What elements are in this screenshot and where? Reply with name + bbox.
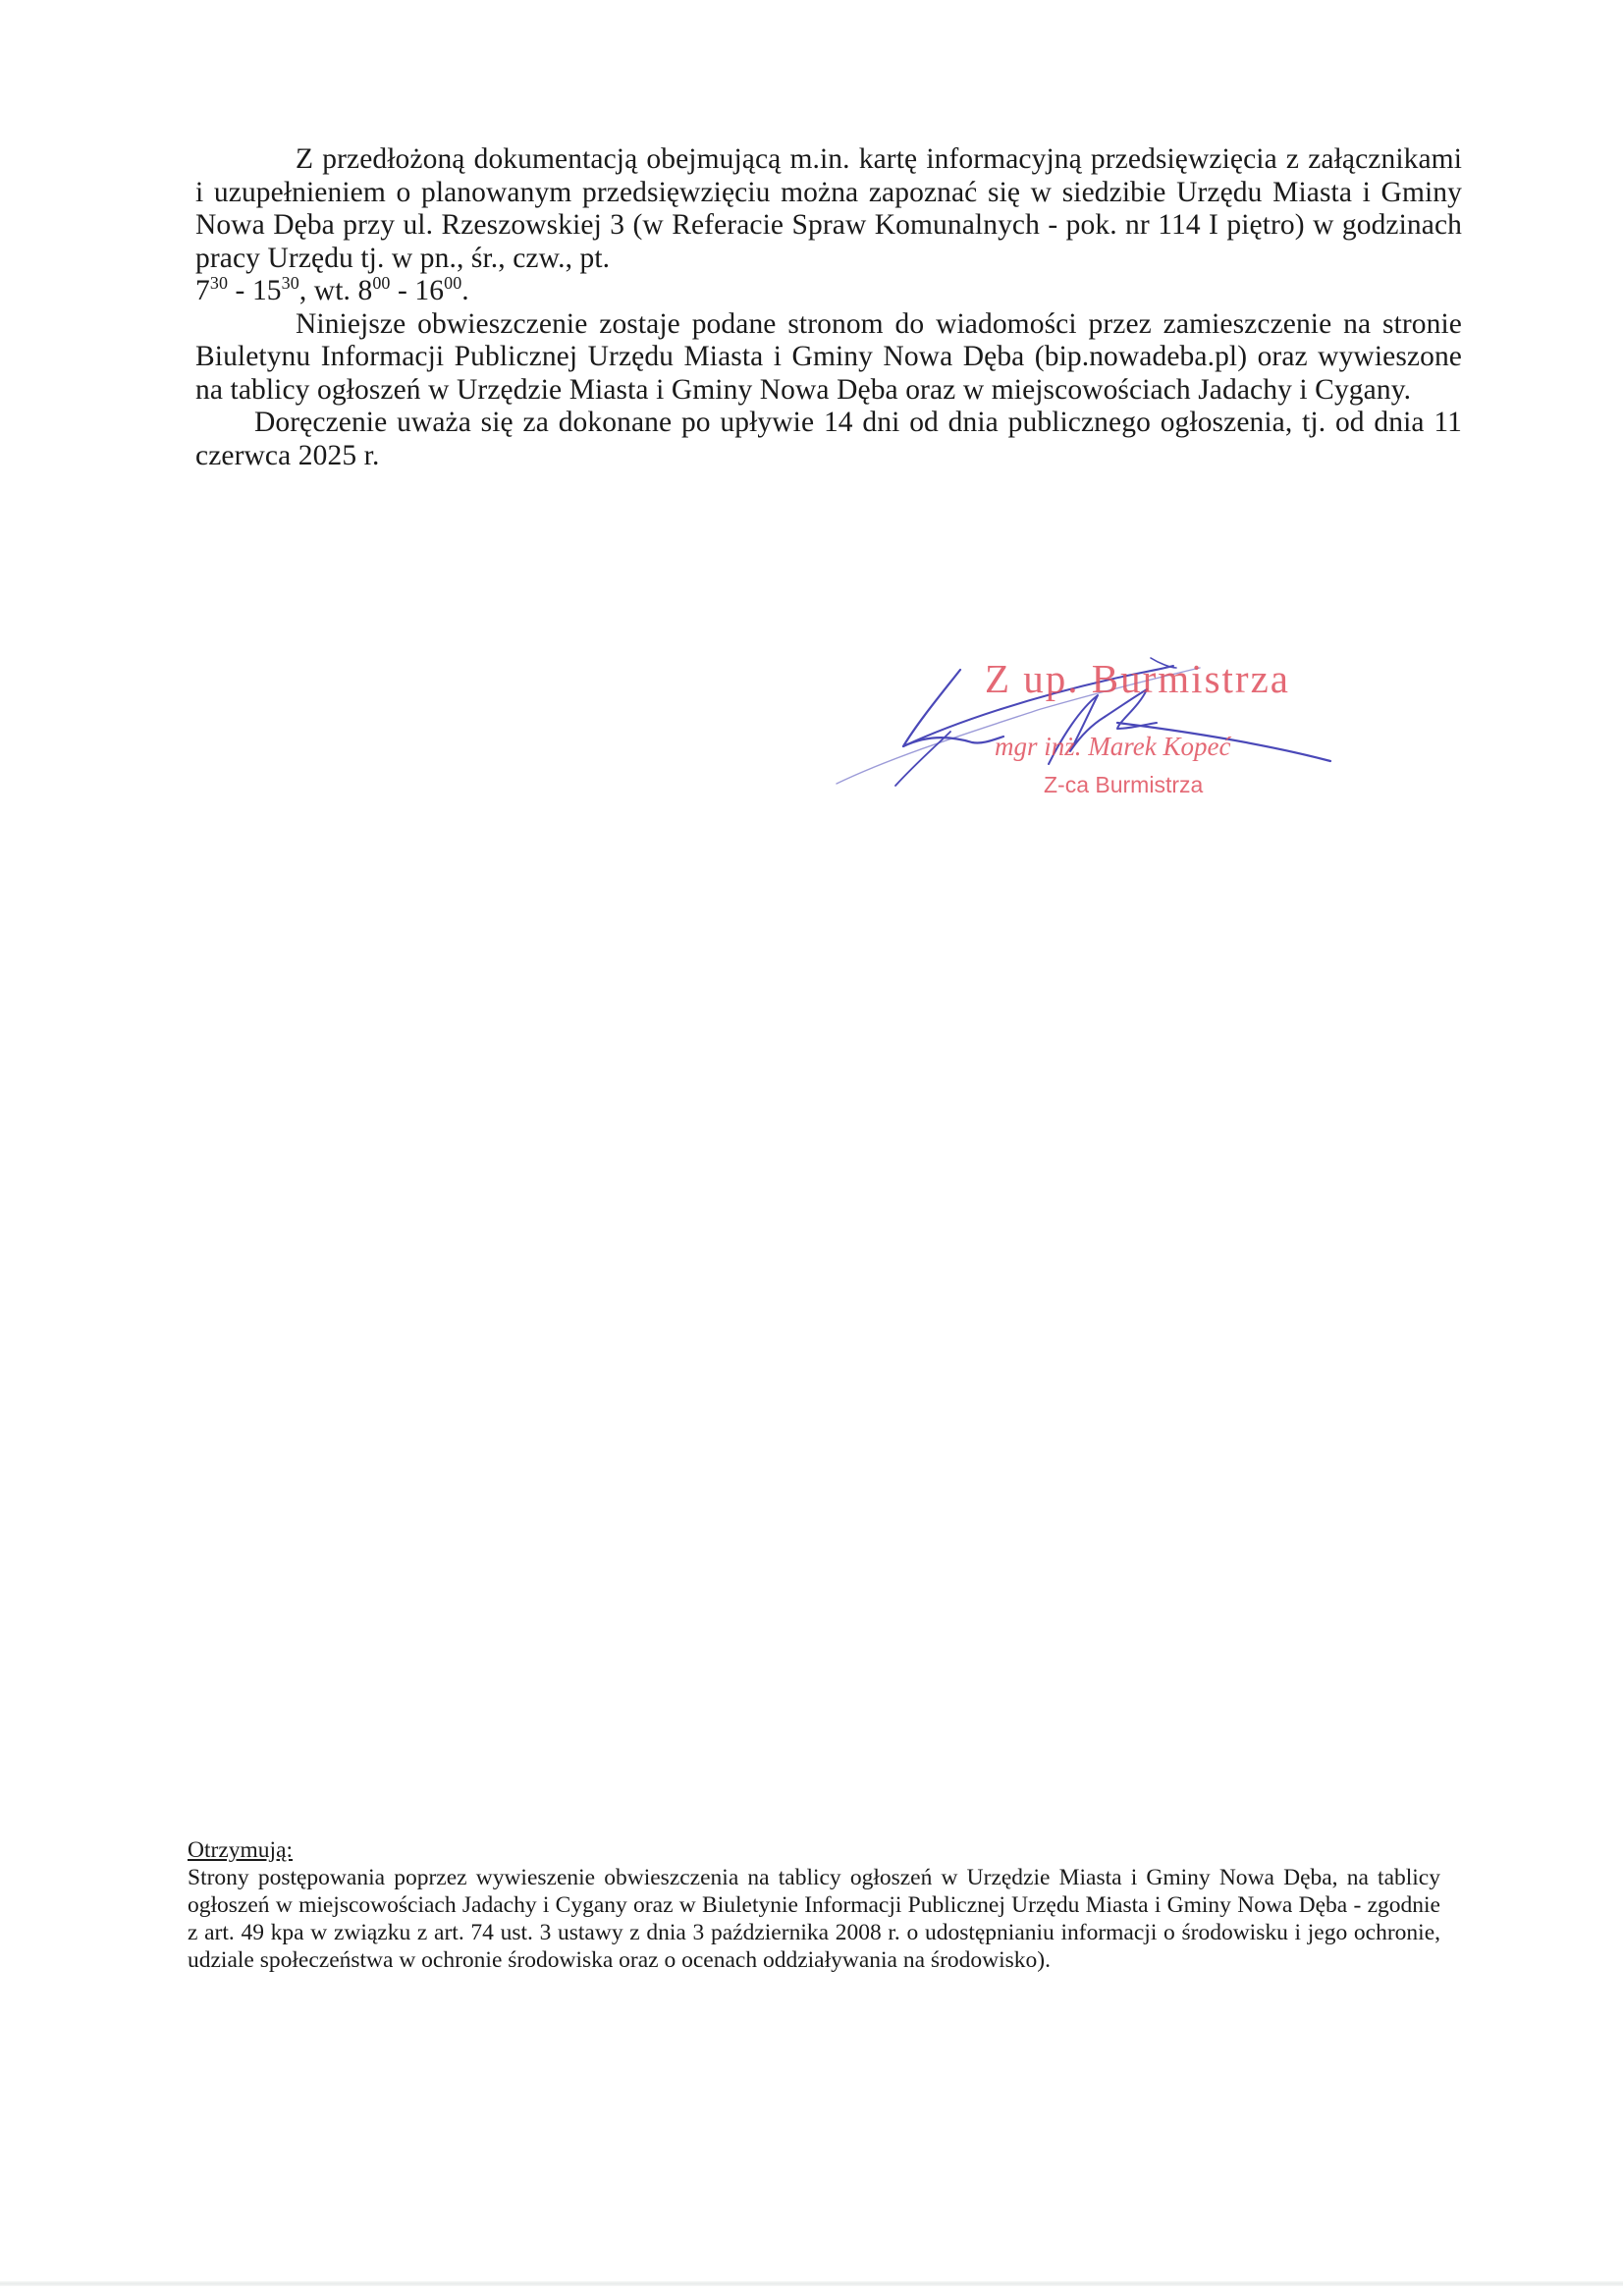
recipients-section: Otrzymują: Strony postępowania poprzez w… <box>188 1836 1440 1974</box>
notice-body: Z przedłożoną dokumentacją obejmującą m.… <box>195 143 1462 472</box>
paragraph-documentation-text: Z przedłożoną dokumentacją obejmującą m.… <box>195 143 1462 274</box>
stamp-signatory-name: mgr inż. Marek Kopeć <box>995 732 1230 762</box>
recipients-heading: Otrzymują: <box>188 1836 1440 1864</box>
document-page: Z przedłożoną dokumentacją obejmującą m.… <box>0 0 1623 2296</box>
paragraph-documentation-access: Z przedłożoną dokumentacją obejmującą m.… <box>195 143 1462 308</box>
scan-bottom-edge <box>0 2281 1623 2286</box>
office-hours: 730 - 1530, wt. 800 - 1600. <box>195 275 469 306</box>
stamp-title: Z up. Burmistrza <box>985 655 1290 702</box>
recipients-text: Strony postępowania poprzez wywieszenie … <box>188 1864 1440 1974</box>
paragraph-delivery: Doręczenie uważa się za dokonane po upły… <box>195 407 1462 472</box>
paragraph-publication: Niniejsze obwieszczenie zostaje podane s… <box>195 308 1462 408</box>
stamp-signatory-role: Z-ca Burmistrza <box>1044 772 1203 798</box>
